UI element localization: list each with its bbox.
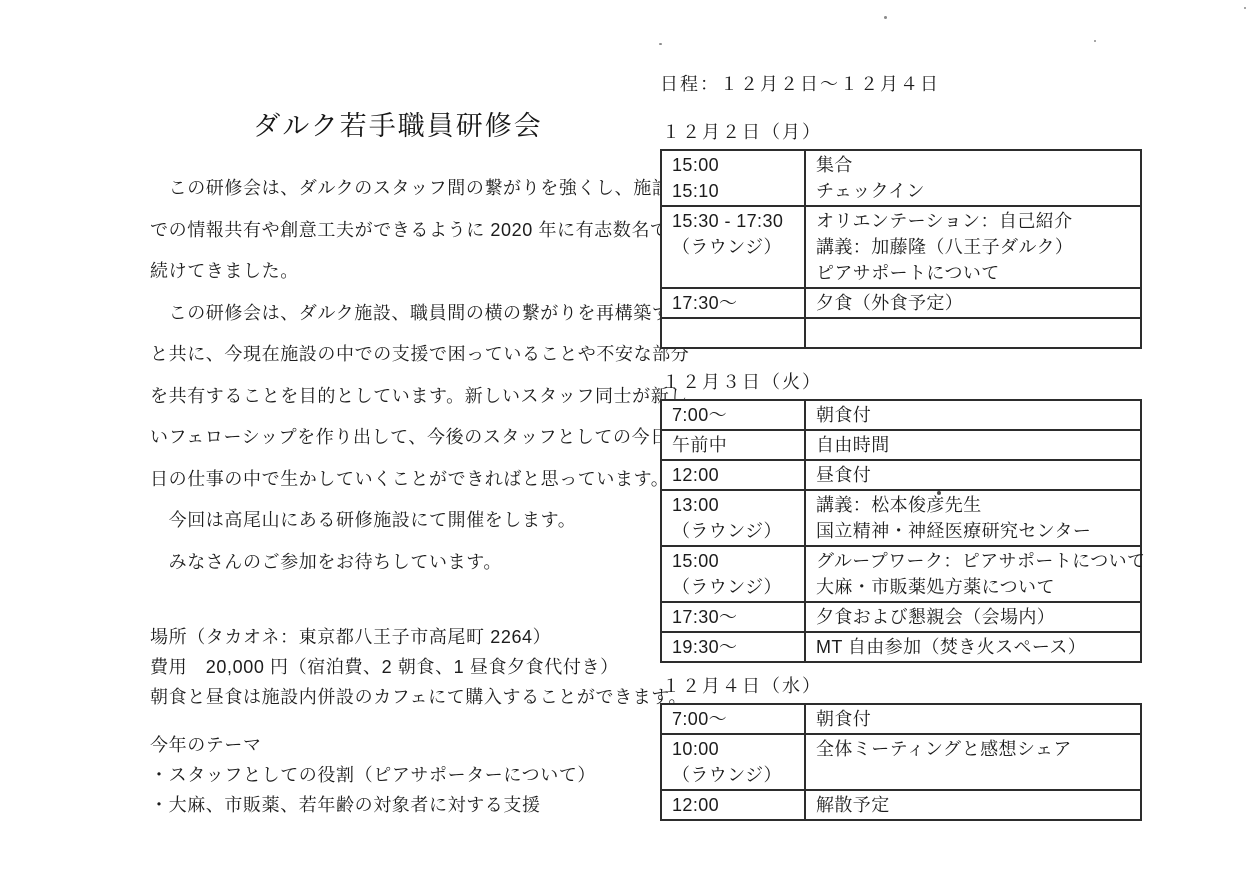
time-cell: 10:00（ラウンジ） — [661, 734, 805, 790]
activity-cell: 自由時間 — [805, 430, 1141, 460]
time-cell: 7:00～ — [661, 704, 805, 734]
activity-cell: 講義：松本俊彦先生国立精神・神経医療研究センター — [805, 490, 1141, 546]
time-cell-line: （ラウンジ） — [672, 762, 794, 788]
table-row: 17:30～夕食および懇親会（会場内） — [661, 602, 1141, 632]
time-cell-line: 15:30 - 17:30 — [672, 208, 794, 234]
schedule-dates: 日程：１２月２日～１２月４日 — [660, 70, 940, 96]
activity-cell-line: 朝食付 — [816, 706, 1130, 732]
table-row: 7:00～朝食付 — [661, 400, 1141, 430]
scan-artifact — [1094, 40, 1096, 42]
table-row: 10:00（ラウンジ）全体ミーティングと感想シェア — [661, 734, 1141, 790]
day-section: １２月３日（火）7:00～朝食付午前中自由時間12:00昼食付13:00（ラウン… — [660, 370, 1142, 663]
time-cell: 12:00 — [661, 790, 805, 820]
time-cell-line: （ラウンジ） — [672, 574, 794, 600]
activity-cell-line: 自由時間 — [816, 432, 1130, 458]
time-cell-line: 19:30～ — [672, 634, 794, 660]
activity-cell: 全体ミーティングと感想シェア — [805, 734, 1141, 790]
scan-artifact — [659, 43, 662, 45]
activity-cell-line: 夕食および懇親会（会場内） — [816, 604, 1130, 630]
time-cell-line — [672, 320, 794, 346]
activity-cell: 夕食（外食予定） — [805, 288, 1141, 318]
activity-cell-line: 昼食付 — [816, 462, 1130, 488]
scan-artifact — [884, 16, 887, 19]
activity-cell: グループワーク：ピアサポートについて大麻・市販薬処方薬について — [805, 546, 1141, 602]
table-row: 7:00～朝食付 — [661, 704, 1141, 734]
info-line: 朝食と昼食は施設内併設のカフェにて購入することができます。 — [150, 682, 670, 712]
time-cell-line: （ラウンジ） — [672, 518, 794, 544]
theme-list: ・スタッフとしての役割（ピアサポーターについて）・大麻、市販薬、若年齢の対象者に… — [150, 760, 670, 820]
activity-cell: 集合チェックイン — [805, 150, 1141, 206]
table-row: 15:00（ラウンジ）グループワーク：ピアサポートについて大麻・市販薬処方薬につ… — [661, 546, 1141, 602]
info-line: 費用 20,000 円（宿泊費、2 朝食、1 昼食夕食代付き） — [150, 652, 670, 682]
intro-line: 日の仕事の中で生かしていくことができればと思っています。 — [150, 459, 670, 501]
intro-line: を共有することを目的としています。新しいスタッフ同士が新し — [150, 376, 670, 418]
activity-cell-line: 講義：松本俊彦先生 — [816, 492, 1130, 518]
time-cell-line: 7:00～ — [672, 402, 794, 428]
activity-cell: 朝食付 — [805, 704, 1141, 734]
time-cell-line: 15:00 — [672, 152, 794, 178]
venue-cost-info: 場所（タカオネ：東京都八王子市高尾町 2264）費用 20,000 円（宿泊費、… — [150, 622, 670, 712]
activity-cell — [805, 318, 1141, 348]
activity-cell-line: 大麻・市販薬処方薬について — [816, 574, 1130, 600]
time-cell: 7:00～ — [661, 400, 805, 430]
day-label: １２月３日（火） — [662, 370, 1142, 394]
activity-cell-line: 夕食（外食予定） — [816, 290, 1130, 316]
table-row: 午前中自由時間 — [661, 430, 1141, 460]
schedule-table: 7:00～朝食付午前中自由時間12:00昼食付13:00（ラウンジ）講義：松本俊… — [660, 399, 1142, 663]
theme-item: ・大麻、市販薬、若年齢の対象者に対する支援 — [150, 790, 670, 820]
intro-line: みなさんのご参加をお待ちしています。 — [150, 542, 670, 584]
activity-cell-line: グループワーク：ピアサポートについて — [816, 548, 1130, 574]
table-row: 13:00（ラウンジ）講義：松本俊彦先生国立精神・神経医療研究センター — [661, 490, 1141, 546]
activity-cell-line: 国立精神・神経医療研究センター — [816, 518, 1130, 544]
activity-cell-line: チェックイン — [816, 178, 1130, 204]
activity-cell-line: 朝食付 — [816, 402, 1130, 428]
time-cell-line: 12:00 — [672, 462, 794, 488]
activity-cell-line: MT 自由参加（焚き火スペース） — [816, 634, 1130, 660]
schedule-table: 7:00～朝食付10:00（ラウンジ）全体ミーティングと感想シェア 12:00解… — [660, 703, 1142, 821]
table-row: 12:00昼食付 — [661, 460, 1141, 490]
theme-block: 今年のテーマ ・スタッフとしての役割（ピアサポーターについて）・大麻、市販薬、若… — [150, 730, 670, 820]
time-cell: 15:0015:10 — [661, 150, 805, 206]
schedule-table: 15:0015:10集合チェックイン15:30 - 17:30（ラウンジ）オリエ… — [660, 149, 1142, 349]
time-cell-line: 7:00～ — [672, 706, 794, 732]
table-row: 15:30 - 17:30（ラウンジ）オリエンテーション：自己紹介講義：加藤隆（… — [661, 206, 1141, 288]
theme-item: ・スタッフとしての役割（ピアサポーターについて） — [150, 760, 670, 790]
time-cell: 15:00（ラウンジ） — [661, 546, 805, 602]
scan-artifact — [1244, 7, 1246, 9]
time-cell: 17:30～ — [661, 288, 805, 318]
activity-cell-line: 講義：加藤隆（八王子ダルク） — [816, 234, 1130, 260]
day-label: １２月２日（月） — [662, 120, 1142, 144]
time-cell-line: 13:00 — [672, 492, 794, 518]
activity-cell: MT 自由参加（焚き火スペース） — [805, 632, 1141, 662]
table-row: 17:30～夕食（外食予定） — [661, 288, 1141, 318]
table-row: 15:0015:10集合チェックイン — [661, 150, 1141, 206]
intro-line: での情報共有や創意工夫ができるように 2020 年に有志数名で — [150, 210, 670, 252]
activity-cell-line: ピアサポートについて — [816, 260, 1130, 286]
time-cell-line: 17:30～ — [672, 604, 794, 630]
day-section: １２月２日（月）15:0015:10集合チェックイン15:30 - 17:30（… — [660, 120, 1142, 349]
activity-cell-line: 集合 — [816, 152, 1130, 178]
day-section: １２月４日（水）7:00～朝食付10:00（ラウンジ）全体ミーティングと感想シェ… — [660, 674, 1142, 821]
activity-cell-line: 全体ミーティングと感想シェア — [816, 736, 1130, 762]
activity-cell-line — [816, 762, 1130, 788]
activity-cell-line: 解散予定 — [816, 792, 1130, 818]
day-label: １２月４日（水） — [662, 674, 1142, 698]
table-row: 12:00解散予定 — [661, 790, 1141, 820]
time-cell: 12:00 — [661, 460, 805, 490]
intro-line: この研修会は、ダルク施設、職員間の横の繋がりを再構築する — [150, 293, 670, 335]
time-cell-line: （ラウンジ） — [672, 234, 794, 260]
table-row: 19:30～MT 自由参加（焚き火スペース） — [661, 632, 1141, 662]
document-page: ダルク若手職員研修会 この研修会は、ダルクのスタッフ間の繋がりを強くし、施設内で… — [0, 0, 1260, 886]
activity-cell: オリエンテーション：自己紹介講義：加藤隆（八王子ダルク）ピアサポートについて — [805, 206, 1141, 288]
activity-cell-line — [816, 320, 1130, 346]
page-title: ダルク若手職員研修会 — [150, 104, 646, 143]
time-cell — [661, 318, 805, 348]
theme-title: 今年のテーマ — [150, 730, 670, 760]
activity-cell: 夕食および懇親会（会場内） — [805, 602, 1141, 632]
time-cell: 13:00（ラウンジ） — [661, 490, 805, 546]
time-cell: 15:30 - 17:30（ラウンジ） — [661, 206, 805, 288]
intro-line: 今回は高尾山にある研修施設にて開催をします。 — [150, 500, 670, 542]
intro-line: この研修会は、ダルクのスタッフ間の繋がりを強くし、施設内 — [150, 168, 670, 210]
time-cell-line: 15:10 — [672, 178, 794, 204]
activity-cell: 昼食付 — [805, 460, 1141, 490]
time-cell-line: 17:30～ — [672, 290, 794, 316]
info-line: 場所（タカオネ：東京都八王子市高尾町 2264） — [150, 622, 670, 652]
time-cell-line: 10:00 — [672, 736, 794, 762]
scan-artifact — [937, 491, 941, 495]
time-cell: 午前中 — [661, 430, 805, 460]
activity-cell: 朝食付 — [805, 400, 1141, 430]
intro-line: と共に、今現在施設の中での支援で困っていることや不安な部分 — [150, 334, 670, 376]
intro-paragraphs: この研修会は、ダルクのスタッフ間の繋がりを強くし、施設内での情報共有や創意工夫が… — [150, 168, 670, 583]
time-cell: 19:30～ — [661, 632, 805, 662]
activity-cell-line: オリエンテーション：自己紹介 — [816, 208, 1130, 234]
activity-cell: 解散予定 — [805, 790, 1141, 820]
time-cell-line: 午前中 — [672, 432, 794, 458]
time-cell-line: 15:00 — [672, 548, 794, 574]
intro-line: いフェローシップを作り出して、今後のスタッフとしての今日１ — [150, 417, 670, 459]
table-row — [661, 318, 1141, 348]
time-cell-line: 12:00 — [672, 792, 794, 818]
time-cell: 17:30～ — [661, 602, 805, 632]
intro-line: 続けてきました。 — [150, 251, 670, 293]
